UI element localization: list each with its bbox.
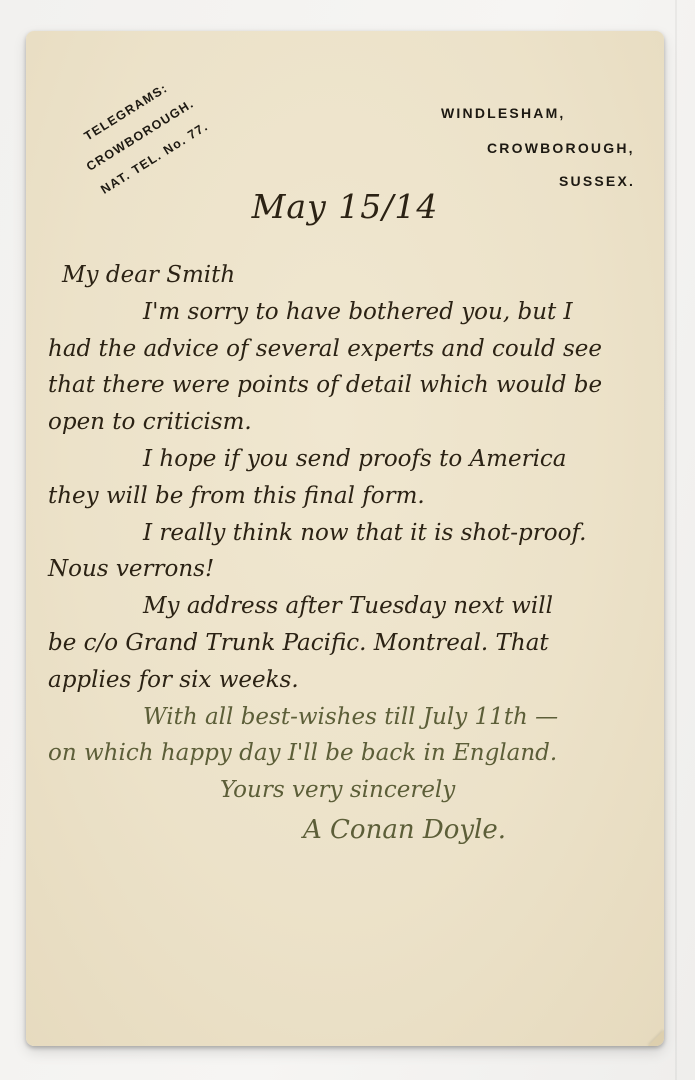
letter-paper: TELEGRAMS: CROWBOROUGH. NAT. TEL. No. 77… — [26, 31, 664, 1046]
closing-valediction: Yours very sincerely — [48, 772, 652, 809]
body-line: I hope if you send proofs to America — [48, 441, 652, 478]
signature: A Conan Doyle. — [48, 809, 652, 851]
address-house: WINDLESHAM, — [441, 105, 566, 121]
body-line: applies for six weeks. — [48, 662, 652, 699]
body-line: they will be from this final form. — [48, 478, 652, 515]
body-line: open to criticism. — [48, 404, 652, 441]
letter-date: May 15/14 — [26, 187, 664, 226]
salutation: My dear Smith — [48, 257, 652, 294]
letter-body: My dear Smith I'm sorry to have bothered… — [48, 257, 652, 851]
body-line: I'm sorry to have bothered you, but I — [48, 294, 652, 331]
paper-corner-fold — [648, 1030, 664, 1046]
body-line: be c/o Grand Trunk Pacific. Montreal. Th… — [48, 625, 652, 662]
body-line: Nous verrons! — [48, 551, 652, 588]
address-town: CROWBOROUGH, — [487, 140, 635, 156]
body-line: that there were points of detail which w… — [48, 367, 652, 404]
body-line: My address after Tuesday next will — [48, 588, 652, 625]
body-line: I really think now that it is shot-proof… — [48, 515, 652, 552]
scanned-letter-background: TELEGRAMS: CROWBOROUGH. NAT. TEL. No. 77… — [0, 0, 695, 1080]
body-line: With all best-wishes till July 11th — — [48, 699, 652, 736]
body-line: had the advice of several experts and co… — [48, 331, 652, 368]
body-line: on which happy day I'll be back in Engla… — [48, 735, 652, 772]
